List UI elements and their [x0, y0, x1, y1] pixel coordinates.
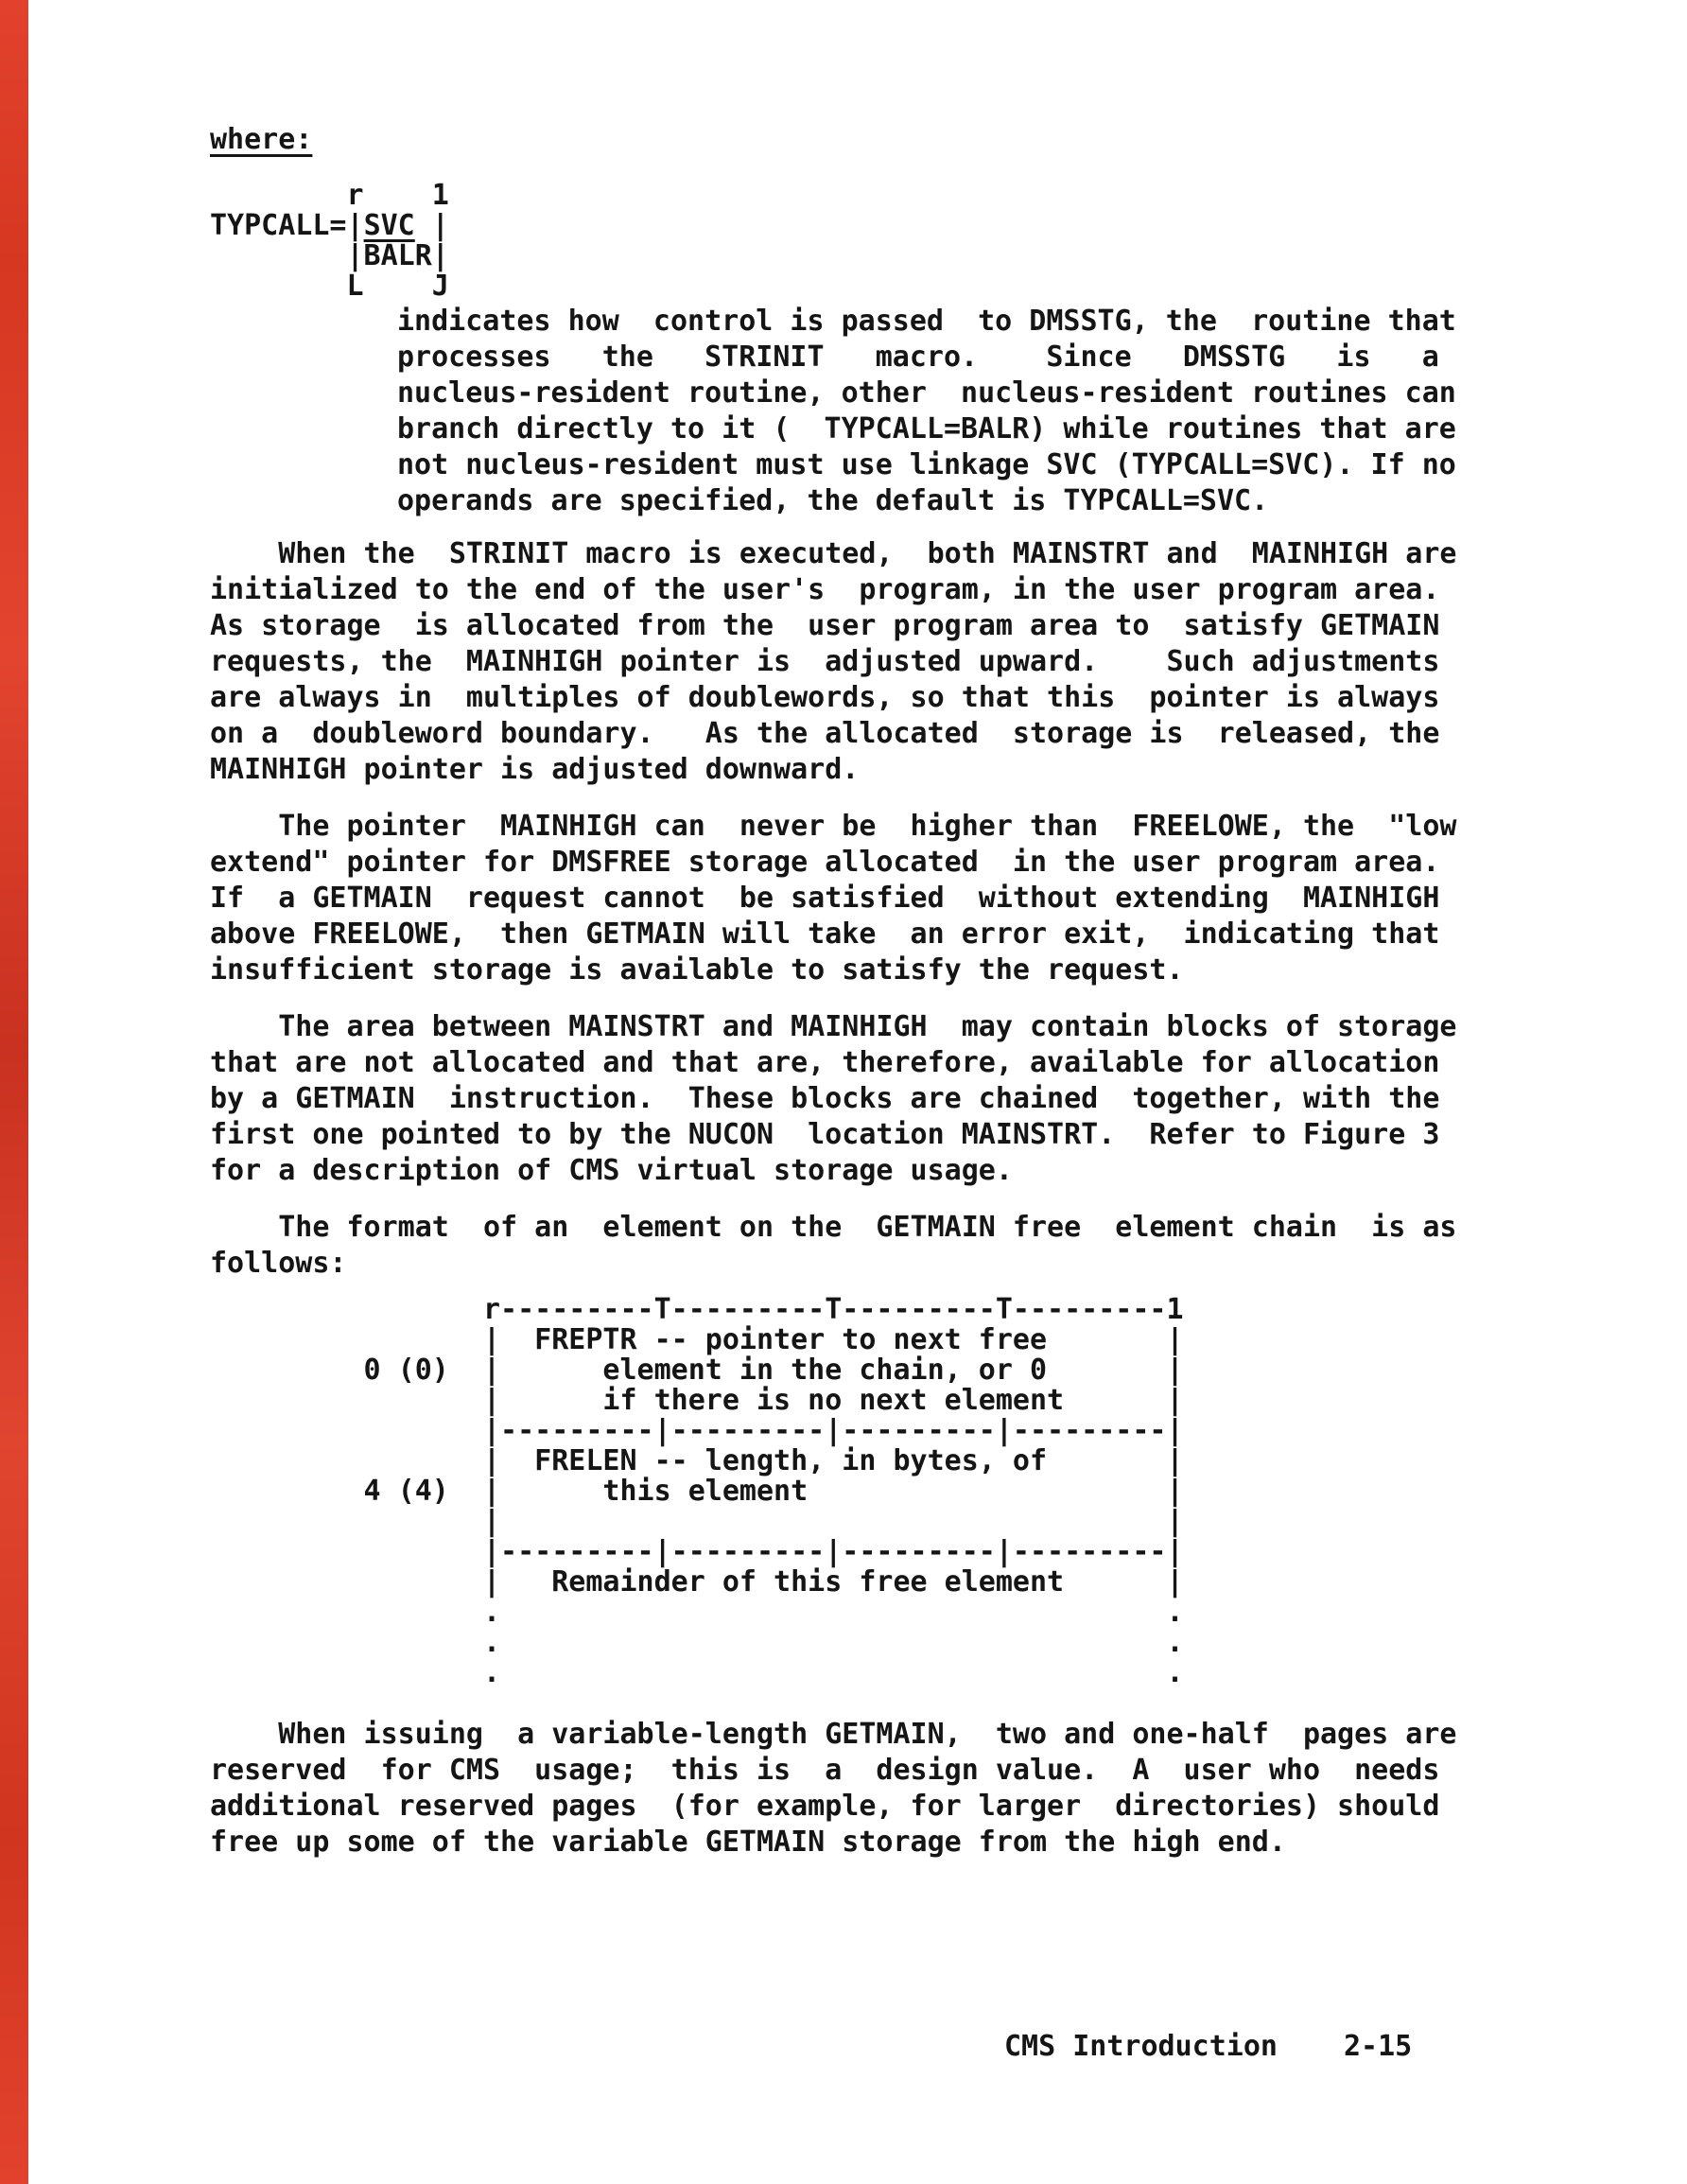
document-page: where: r 1 TYPCALL=|SVC | |BALR| L J ind…: [210, 123, 1477, 1861]
typcall-line1-suffix: |: [415, 209, 449, 242]
paragraph-variable-length-getmain: When issuing a variable-length GETMAIN, …: [210, 1717, 1477, 1861]
paragraph-strinit-execution: When the STRINIT macro is executed, both…: [210, 536, 1477, 788]
paragraph-format-intro: The format of an element on the GETMAIN …: [210, 1210, 1477, 1282]
typcall-bracket-bottom: L J: [210, 270, 449, 303]
typcall-keyword: TYPCALL=|: [210, 209, 364, 242]
page-footer: CMS Introduction2-15: [1004, 2030, 1412, 2063]
scan-red-edge-strip: [0, 0, 28, 2184]
typcall-syntax-block: r 1 TYPCALL=|SVC | |BALR| L J: [210, 181, 1477, 302]
paragraph-mainhigh-freelowe: The pointer MAINHIGH can never be higher…: [210, 809, 1477, 988]
paragraph-free-storage-blocks: The area between MAINSTRT and MAINHIGH m…: [210, 1009, 1477, 1189]
footer-section-title: CMS Introduction: [1004, 2030, 1278, 2063]
typcall-default-option-svc: SVC: [364, 209, 415, 242]
typcall-description: indicates how control is passed to DMSST…: [397, 304, 1477, 519]
typcall-option-balr: |BALR|: [210, 239, 449, 272]
where-heading: where:: [210, 123, 1477, 156]
typcall-bracket-top: r 1: [210, 179, 449, 212]
getmain-free-element-diagram: r---------T---------T---------T---------…: [210, 1295, 1477, 1688]
footer-page-number: 2-15: [1344, 2030, 1412, 2063]
